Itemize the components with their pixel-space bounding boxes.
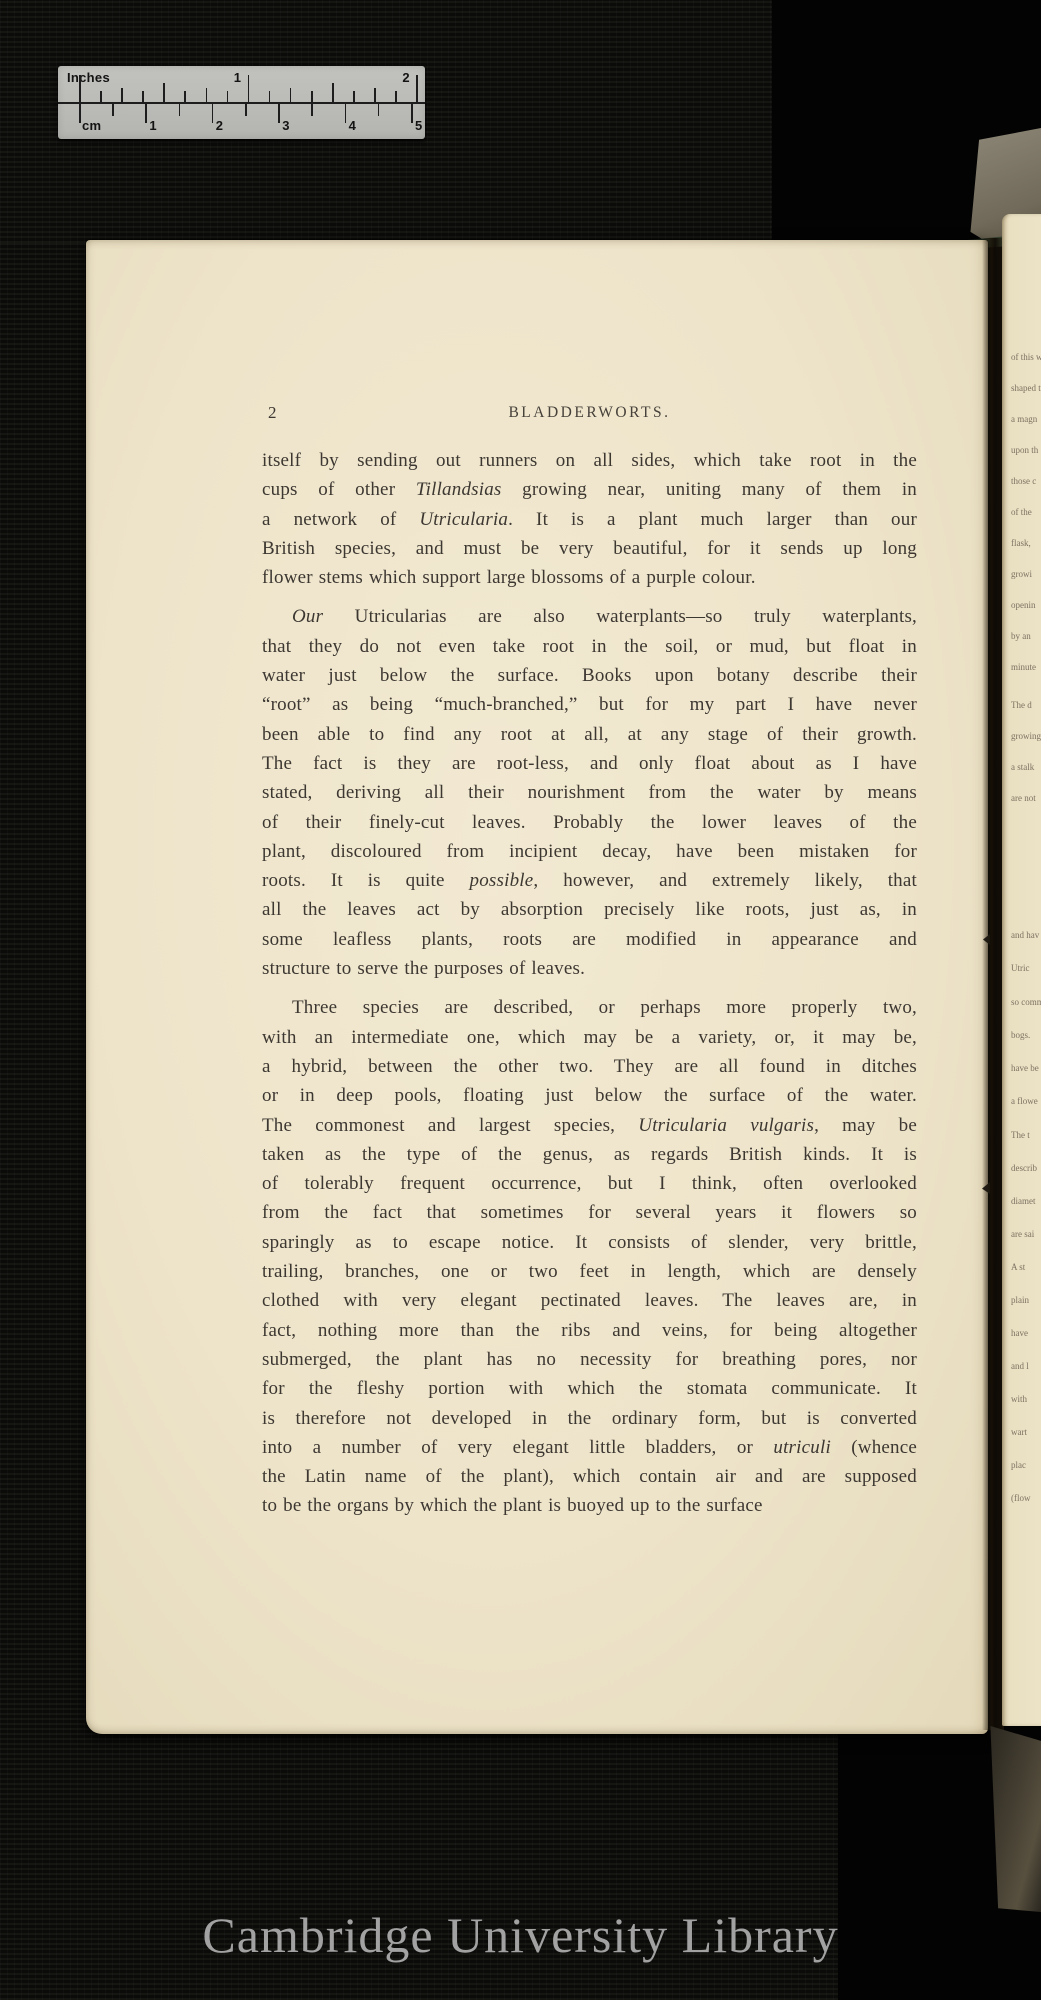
facing-page-text-fragment: diamet (1011, 1196, 1036, 1206)
ruler-cm-number: 1 (149, 118, 156, 133)
ruler-tick (112, 104, 114, 116)
facing-page-text-fragment: plac (1011, 1460, 1026, 1470)
facing-page-text-fragment: a stalk (1011, 762, 1034, 772)
page-text-area: 2 BLADDERWORTS. itself by sending out ru… (262, 403, 917, 1521)
text-line: a network of Utricularia. It is a plant … (262, 505, 917, 534)
ruler-tick (212, 104, 214, 123)
ruler-inches-label: Inches (67, 70, 110, 85)
facing-page-text-fragment: are not (1011, 793, 1036, 803)
text-line: The commonest and largest species, Utric… (262, 1111, 917, 1140)
text-line: water just below the surface. Books upon… (262, 661, 917, 690)
facing-page-text-fragment: Utric (1011, 963, 1030, 973)
ruler-tick (378, 104, 380, 116)
text-line: stated, deriving all their nourishment f… (262, 778, 917, 807)
facing-page-text-fragment: with (1011, 1394, 1027, 1404)
facing-page-text-fragment: bogs. (1011, 1030, 1030, 1040)
facing-page-text-fragment: a flowe (1011, 1096, 1038, 1106)
ruler-tick (245, 104, 247, 116)
text-line: Our Utricularias are also waterplants—so… (262, 602, 917, 631)
facing-page-text-fragment: openin (1011, 600, 1036, 610)
text-line: all the leaves act by absorption precise… (262, 895, 917, 924)
book-page: 2 BLADDERWORTS. itself by sending out ru… (86, 240, 988, 1734)
facing-page-text-fragment: so comm (1011, 997, 1041, 1007)
ruler-inch-number: 2 (402, 70, 409, 85)
ruler-tick (416, 75, 418, 102)
ruler-tick (142, 91, 144, 102)
facing-page-text-fragment: and l (1011, 1361, 1029, 1371)
ruler-cm-label: cm (82, 118, 101, 133)
ruler-cm-number: 5 (415, 118, 422, 133)
facing-page-text-fragment: minute (1011, 662, 1036, 672)
ruler-tick (179, 104, 181, 116)
running-title: BLADDERWORTS. (262, 404, 917, 422)
measurement-ruler: Inches cm 1212345 (58, 66, 425, 139)
facing-page-text-fragment: A st (1011, 1262, 1025, 1272)
facing-page-text-fragment: describ (1011, 1163, 1037, 1173)
text-line: clothed with very elegant pectinated lea… (262, 1286, 917, 1315)
text-line: sparingly as to escape notice. It consis… (262, 1228, 917, 1257)
ruler-tick (395, 91, 397, 102)
text-line: of tolerably frequent occurrence, but I … (262, 1169, 917, 1198)
facing-page-text-fragment: shaped t (1011, 383, 1041, 393)
ruler-tick (184, 91, 186, 102)
text-line: The fact is they are root-less, and only… (262, 749, 917, 778)
text-line: from the fact that sometimes for several… (262, 1198, 917, 1227)
facing-page-text-fragment: flask, (1011, 538, 1031, 548)
page-text: itself by sending out runners on all sid… (262, 446, 917, 1521)
text-line: the Latin name of the plant), which cont… (262, 1462, 917, 1491)
text-line: itself by sending out runners on all sid… (262, 446, 917, 475)
facing-page-text-fragment: and hav (1011, 930, 1039, 940)
facing-page-text-fragment: by an (1011, 631, 1031, 641)
library-watermark: Cambridge University Library (0, 1906, 1041, 1964)
text-line: taken as the type of the genus, as regar… (262, 1140, 917, 1169)
book-cover-edge (986, 1726, 1041, 1912)
facing-page-text-fragment: have be (1011, 1063, 1039, 1073)
ruler-cm-number: 3 (282, 118, 289, 133)
ruler-tick (353, 91, 355, 102)
ruler-cm-number: 2 (216, 118, 223, 133)
ruler-tick (311, 104, 313, 116)
text-line: with an intermediate one, which may be a… (262, 1023, 917, 1052)
photograph: Inches cm 1212345 2 BLADDERWORTS. itself… (0, 0, 1041, 2000)
text-line: “root” as being “much-branched,” but for… (262, 690, 917, 719)
facing-page-text-fragment: growi (1011, 569, 1032, 579)
text-line: or in deep pools, floating just below th… (262, 1081, 917, 1110)
text-line: structure to serve the purposes of leave… (262, 954, 917, 983)
text-line: trailing, branches, one or two feet in l… (262, 1257, 917, 1286)
ruler-tick (79, 75, 81, 102)
text-line: submerged, the plant has no necessity fo… (262, 1345, 917, 1374)
ruler-tick (248, 75, 250, 102)
ruler-tick (332, 83, 334, 102)
ruler-tick (100, 91, 102, 102)
page-header: 2 BLADDERWORTS. (262, 403, 917, 425)
facing-page-text-fragment: of the (1011, 507, 1032, 517)
paragraph: Our Utricularias are also waterplants—so… (262, 602, 917, 983)
ruler-tick (311, 91, 313, 102)
paragraph: Three species are described, or perhaps … (262, 993, 917, 1520)
facing-page-text-fragment: (flow (1011, 1493, 1031, 1503)
text-line: roots. It is quite possible, however, an… (262, 866, 917, 895)
text-line: cups of other Tillandsias growing near, … (262, 475, 917, 504)
text-line: been able to find any root at all, at an… (262, 720, 917, 749)
ruler-tick (206, 88, 208, 102)
ruler-cm-number: 4 (349, 118, 356, 133)
text-line: to be the organs by which the plant is b… (262, 1491, 917, 1520)
gutter-shadow (982, 238, 1004, 1730)
text-line: into a number of very elegant little bla… (262, 1433, 917, 1462)
ruler-tick (79, 104, 81, 123)
facing-page-text-fragment: The d (1011, 700, 1032, 710)
text-line: that they do not even take root in the s… (262, 632, 917, 661)
text-line: some leafless plants, roots are modified… (262, 925, 917, 954)
text-line: plant, discoloured from incipient decay,… (262, 837, 917, 866)
facing-page-text-fragment: those c (1011, 476, 1036, 486)
facing-page-text-fragment: are sai (1011, 1229, 1034, 1239)
ruler-tick (374, 88, 376, 102)
facing-page-text-fragment: upon th (1011, 445, 1038, 455)
facing-page-text-fragment: plain (1011, 1295, 1029, 1305)
text-line: British species, and must be very beauti… (262, 534, 917, 563)
ruler-tick (121, 88, 123, 102)
ruler-tick (411, 104, 413, 123)
ruler-tick (345, 104, 347, 123)
facing-page-text-fragment: have (1011, 1328, 1028, 1338)
text-line: for the fleshy portion with which the st… (262, 1374, 917, 1403)
text-line: a hybrid, between the other two. They ar… (262, 1052, 917, 1081)
paragraph: itself by sending out runners on all sid… (262, 446, 917, 592)
ruler-tick (278, 104, 280, 123)
ruler-tick (163, 83, 165, 102)
ruler-tick (269, 91, 271, 102)
facing-page-text-fragment: wart (1011, 1427, 1027, 1437)
text-line: Three species are described, or perhaps … (262, 993, 917, 1022)
ruler-tick (290, 88, 292, 102)
text-line: fact, nothing more than the ribs and vei… (262, 1316, 917, 1345)
facing-page-text-fragment: a magn (1011, 414, 1037, 424)
facing-page-text-fragment: of this w (1011, 352, 1041, 362)
facing-page-edge: of this wshaped ta magnupon ththose cof … (1002, 214, 1041, 1726)
text-line: of their finely-cut leaves. Probably the… (262, 808, 917, 837)
ruler-tick (145, 104, 147, 123)
text-line: is therefore not developed in the ordina… (262, 1404, 917, 1433)
text-line: flower stems which support large blossom… (262, 563, 917, 592)
facing-page-text-fragment: growing (1011, 731, 1041, 741)
facing-page-text-fragment: The t (1011, 1130, 1030, 1140)
ruler-tick (227, 91, 229, 102)
ruler-inch-number: 1 (234, 70, 241, 85)
